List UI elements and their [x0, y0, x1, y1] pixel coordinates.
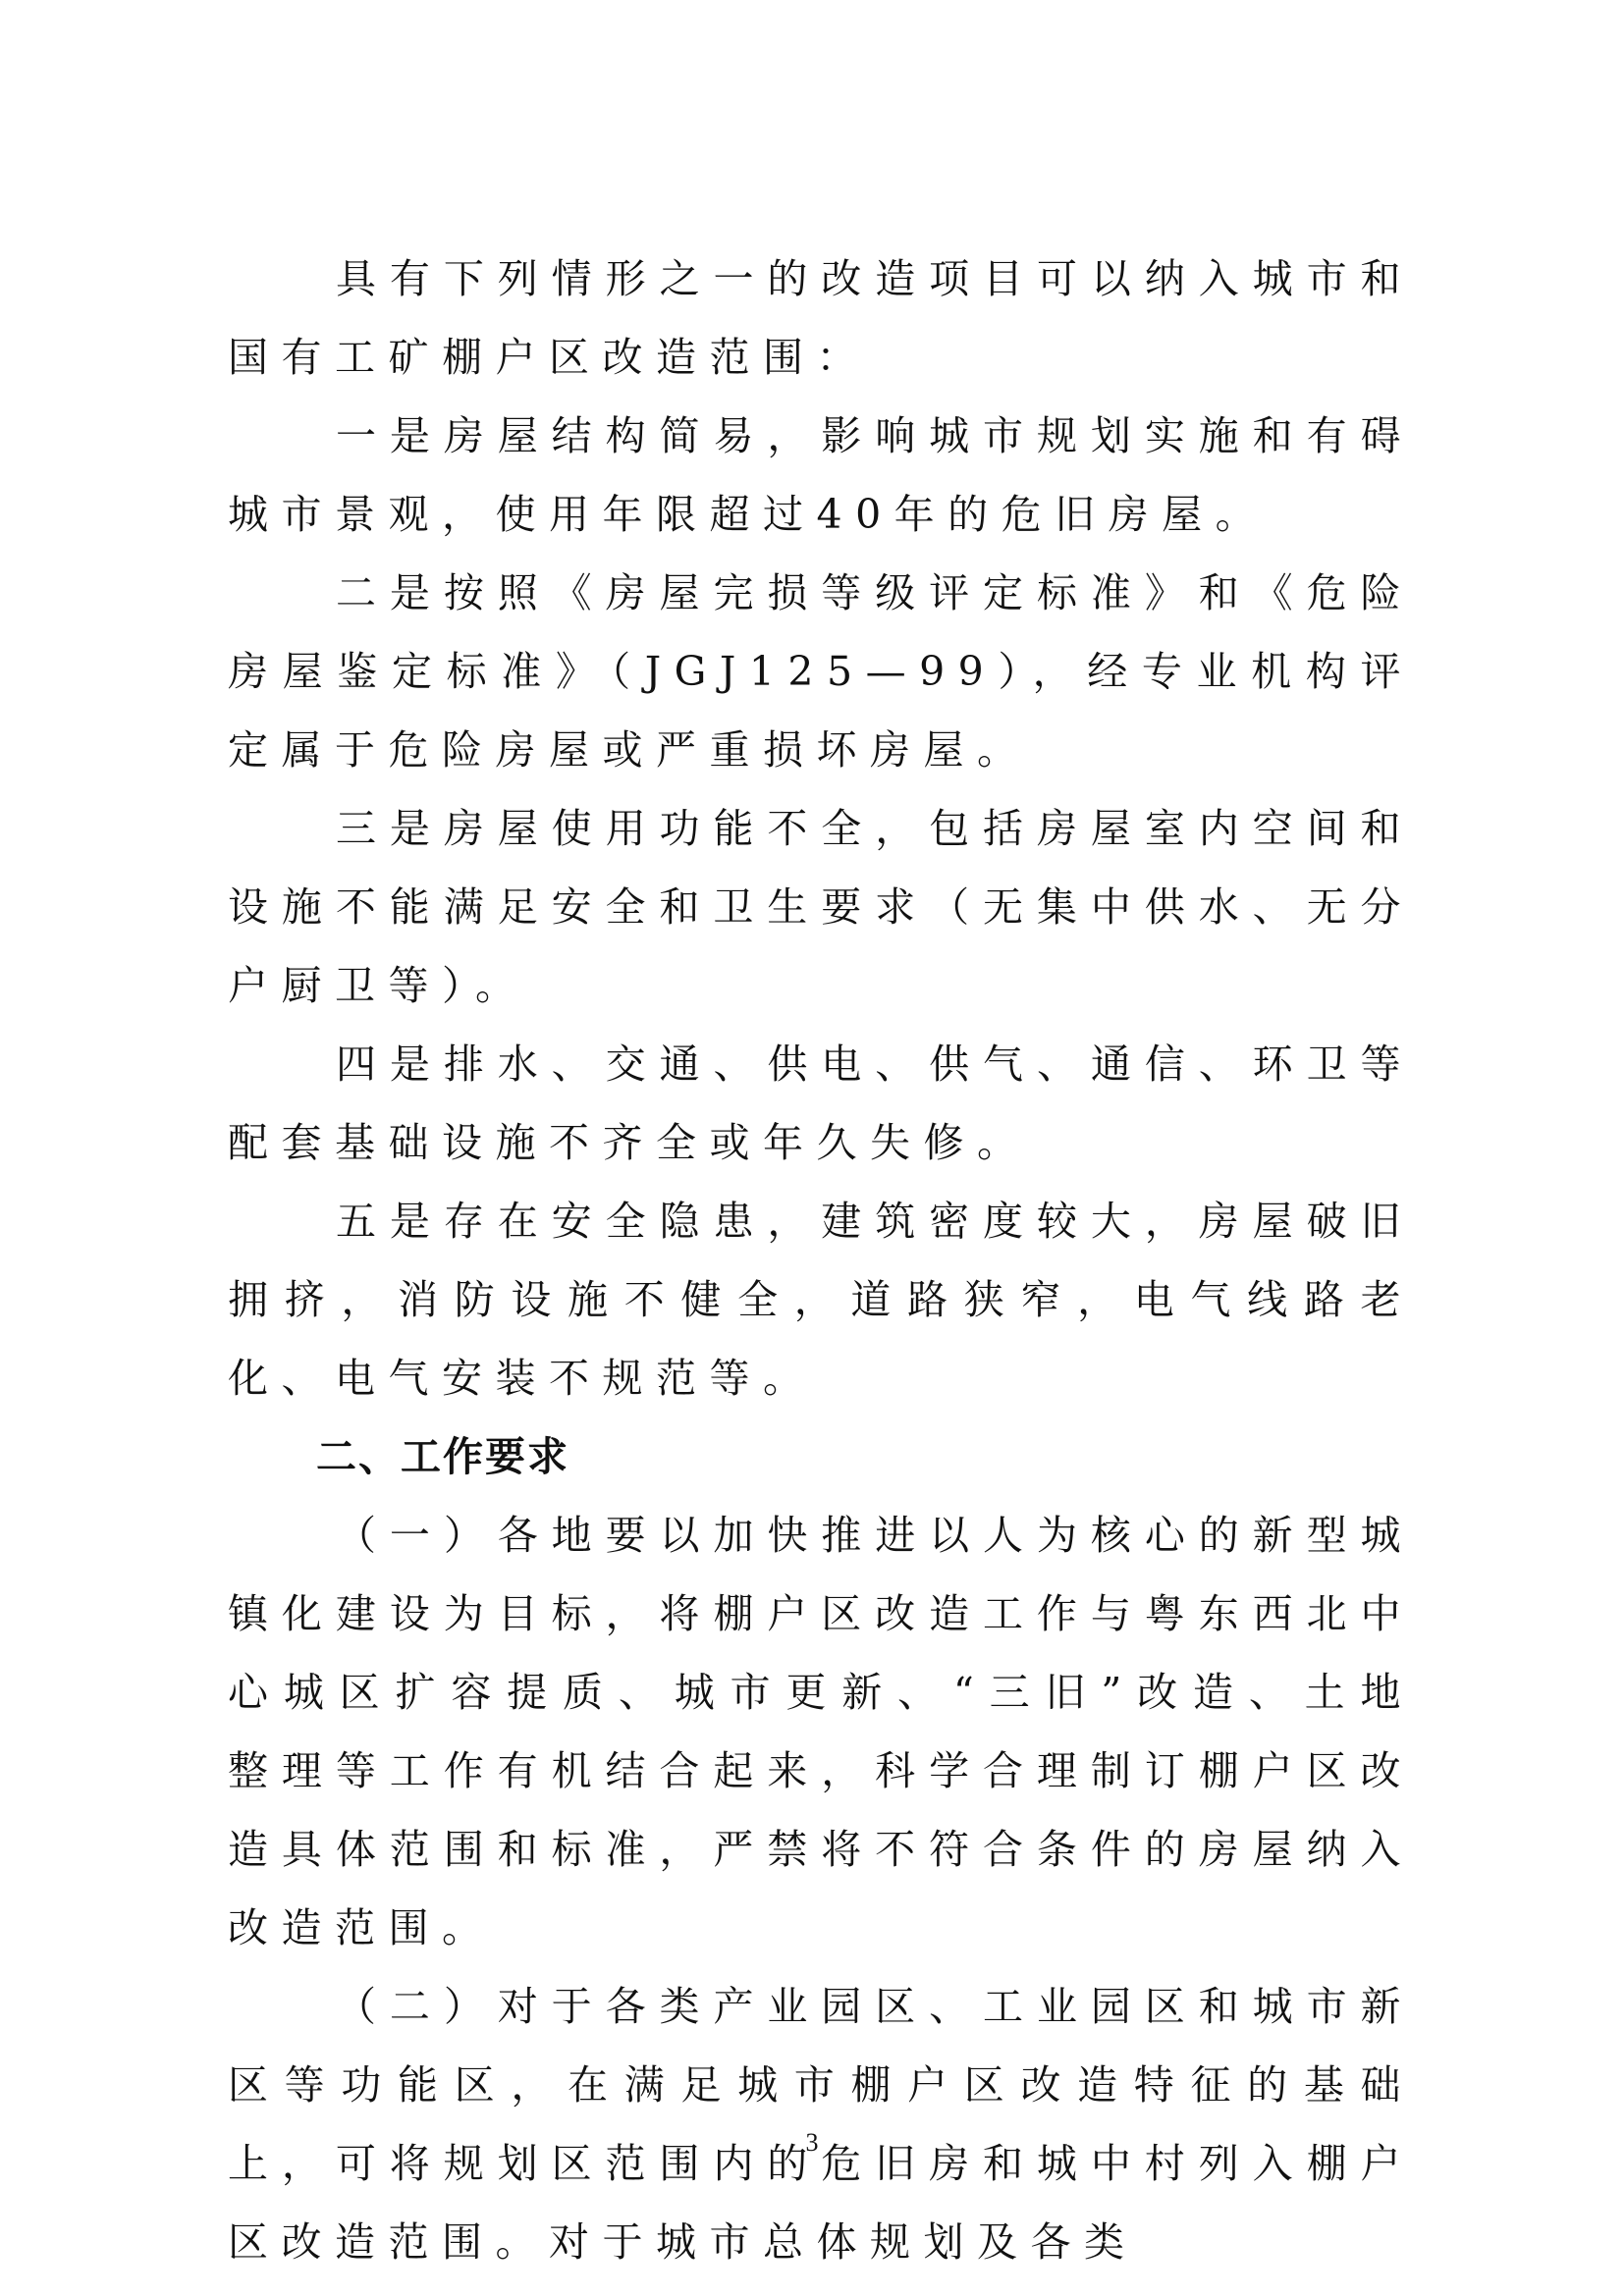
page-number: 3	[0, 2128, 1624, 2158]
paragraph-criterion-3: 三是房屋使用功能不全，包括房屋室内空间和设施不能满足安全和卫生要求（无集中供水、…	[228, 789, 1414, 1025]
paragraph-intro: 具有下列情形之一的改造项目可以纳入城市和国有工矿棚户区改造范围：	[228, 240, 1414, 397]
paragraph-requirement-1: （一）各地要以加快推进以人为核心的新型城镇化建设为目标，将棚户区改造工作与粤东西…	[228, 1496, 1414, 1967]
paragraph-requirement-2: （二）对于各类产业园区、工业园区和城市新区等功能区，在满足城市棚户区改造特征的基…	[228, 1967, 1414, 2281]
paragraph-criterion-4: 四是排水、交通、供电、供气、通信、环卫等配套基础设施不齐全或年久失修。	[228, 1025, 1414, 1182]
paragraph-criterion-1: 一是房屋结构简易，影响城市规划实施和有碍城市景观，使用年限超过40年的危旧房屋。	[228, 397, 1414, 554]
document-body: 具有下列情形之一的改造项目可以纳入城市和国有工矿棚户区改造范围： 一是房屋结构简…	[228, 240, 1414, 2281]
paragraph-criterion-5: 五是存在安全隐患，建筑密度较大，房屋破旧拥挤，消防设施不健全，道路狭窄，电气线路…	[228, 1182, 1414, 1417]
paragraph-criterion-2: 二是按照《房屋完损等级评定标准》和《危险房屋鉴定标准》（JGJ125—99），经…	[228, 554, 1414, 789]
section-heading-work-requirements: 二、工作要求	[228, 1417, 1414, 1496]
